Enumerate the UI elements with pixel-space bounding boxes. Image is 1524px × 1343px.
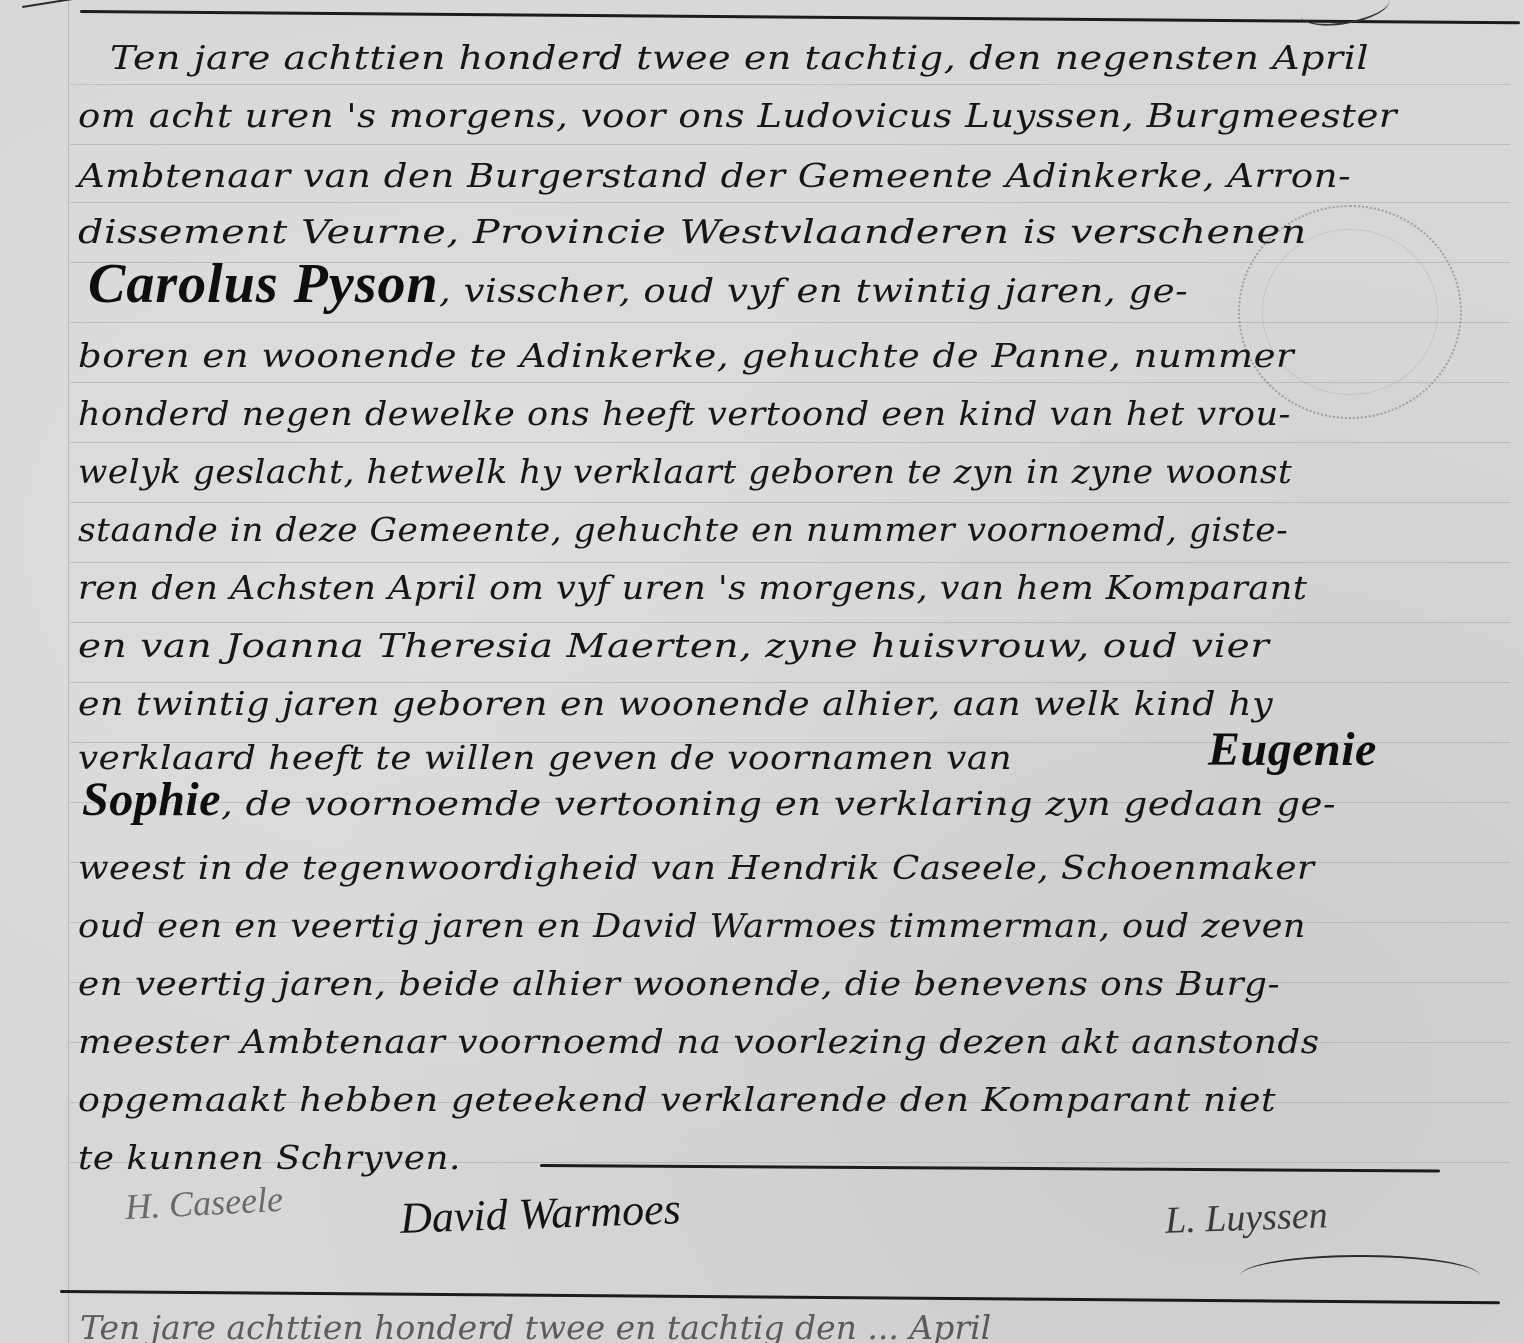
end-of-text-line [540,1164,1440,1172]
document-page: Ten jare achttien honderd twee en tachti… [0,0,1524,1343]
text-fragment: , de voornoemde vertooning en verklaring… [221,784,1336,823]
ruled-line [70,144,1510,145]
ruled-line [70,682,1510,683]
text-line: ren den Achsten April om vyf uren 's mor… [78,568,1307,607]
text-line: dissement Veurne, Provincie Westvlaander… [78,212,1307,251]
top-flourish [1298,0,1392,32]
margin-line [68,0,69,1343]
text-line: opgemaakt hebben geteekend verklarende d… [78,1080,1276,1119]
text-line: boren en woonende te Adinkerke, gehuchte… [78,336,1294,375]
ruled-line [70,442,1510,443]
text-fragment: , visscher, oud vyf en twintig jaren, ge… [439,271,1188,310]
declarant-name: Carolus Pyson [88,253,439,315]
ruled-line [70,84,1510,85]
ruled-line [70,562,1510,563]
text-line: en van Joanna Theresia Maerten, zyne hui… [78,626,1269,665]
text-line: en veertig jaren, beide alhier woonende,… [78,964,1280,1003]
child-name-line-1: verklaard heeft te willen geven de voorn… [78,722,1377,777]
text-line: staande in deze Gemeente, gehuchte en nu… [78,510,1288,549]
signature-official: L. Luyssen [1164,1193,1328,1243]
text-line: meester Ambtenaar voornoemd na voorlezin… [78,1022,1320,1061]
text-line: Ambtenaar van den Burgerstand der Gemeen… [78,156,1351,195]
text-line: om acht uren 's morgens, voor ons Ludovi… [78,96,1397,135]
signature-flourish [1240,1255,1480,1297]
text-line: te kunnen Schryven. [78,1138,461,1177]
text-line: honderd negen dewelke ons heeft vertoond… [78,394,1291,433]
ruled-line [70,502,1510,503]
text-line: weest in de tegenwoordigheid van Hendrik… [78,848,1315,887]
ruled-line [70,622,1510,623]
signature-witness-2: David Warmoes [399,1183,681,1244]
text-line: Ten jare achttien honderd twee en tachti… [110,38,1369,77]
next-record-fragment: Ten jare achttien honderd twee en tachti… [80,1308,991,1343]
child-name-line-2: Sophie, de voornoemde vertooning en verk… [82,772,1217,827]
text-line: oud een en veertig jaren en David Warmoe… [78,906,1306,945]
text-line: welyk geslacht, hetwelk hy verklaart geb… [78,452,1292,491]
child-second-name: Sophie [82,773,221,826]
declarant-line: Carolus Pyson, visscher, oud vyf en twin… [88,252,1108,316]
ruled-line [70,202,1510,203]
top-stroke [22,0,141,8]
text-line: en twintig jaren geboren en woonende alh… [78,684,1273,723]
signature-witness-1: H. Caseele [124,1178,284,1228]
